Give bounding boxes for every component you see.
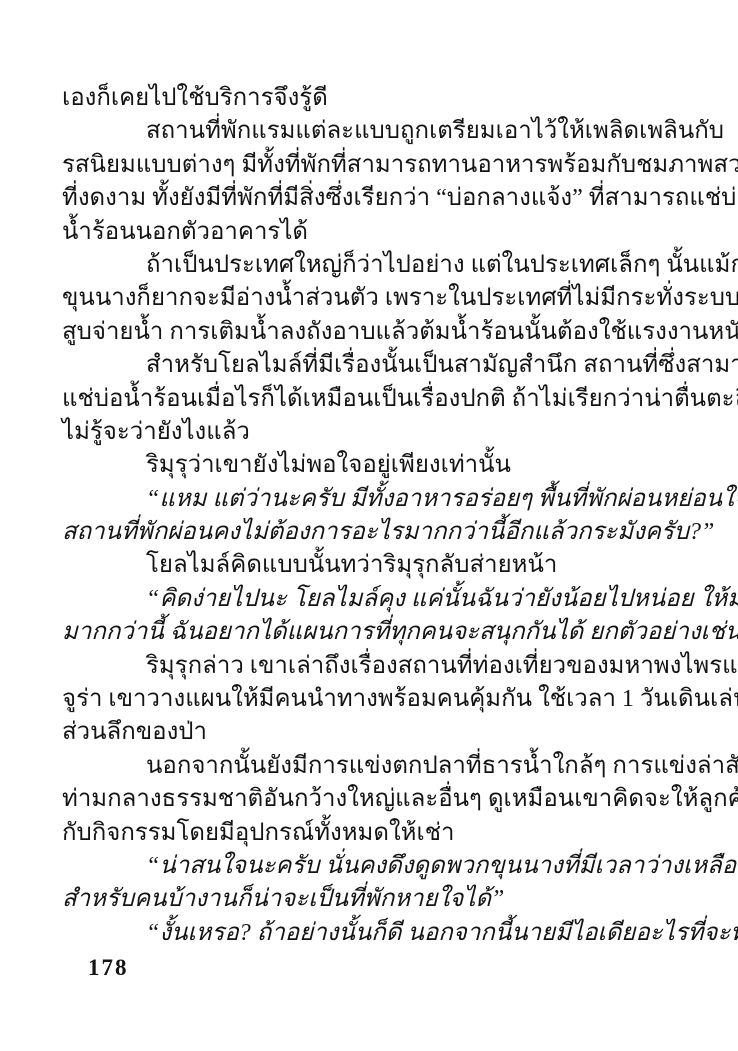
text-line: นอกจากนั้นยังมีการแข่งตกปลาที่ธารน้ำใกล้… [62,750,682,783]
page-number: 178 [88,955,129,981]
text-line: น้ำร้อนนอกตัวอาคารได้ [62,216,682,249]
text-line: “น่าสนใจนะครับ นั่นคงดึงดูดพวกขุนนางที่ม… [62,850,682,883]
text-line: สถานที่พักแรมแต่ละแบบถูกเตรียมเอาไว้ให้เ… [62,115,682,148]
text-line: ไม่รู้จะว่ายังไงแล้ว [62,416,682,449]
text-line: สำหรับคนบ้างานก็น่าจะเป็นที่พักหายใจได้” [62,883,682,916]
text-line: กับกิจกรรมโดยมีอุปกรณ์ทั้งหมดให้เช่า [62,817,682,850]
text-line: ขุนนางก็ยากจะมีอ่างน้ำส่วนตัว เพราะในประ… [62,282,682,315]
text-line: ส่วนลึกของป่า [62,716,682,749]
text-line: “แหม แต่ว่านะครับ มีทั้งอาหารอร่อยๆ พื้น… [62,483,682,516]
text-line: สถานที่พักผ่อนคงไม่ต้องการอะไรมากกว่านี้… [62,516,682,549]
text-block: เองก็เคยไปใช้บริการจึงรู้ดีสถานที่พักแรม… [62,82,682,950]
text-line: สำหรับโยลไมล์ที่มีเรื่องนั้นเป็นสามัญสำน… [62,349,682,382]
text-line: ท่ามกลางธรรมชาติอันกว้างใหญ่และอื่นๆ ดูเ… [62,783,682,816]
text-line: ริมุรุกล่าว เขาเล่าถึงเรื่องสถานที่ท่องเ… [62,650,682,683]
text-line: แช่บ่อน้ำร้อนเมื่อไรก็ได้เหมือนเป็นเรื่อ… [62,383,682,416]
text-line: ที่งดงาม ทั้งยังมีที่พักที่มีสิ่งซึ่งเรี… [62,182,682,215]
text-line: ถ้าเป็นประเทศใหญ่ก็ว่าไปอย่าง แต่ในประเท… [62,249,682,282]
text-line: “งั้นเหรอ? ถ้าอย่างนั้นก็ดี นอกจากนี้นาย… [62,917,682,950]
text-line: สูบจ่ายน้ำ การเติมน้ำลงถังอาบแล้วต้มน้ำร… [62,316,682,349]
text-line: ริมุรุว่าเขายังไม่พอใจอยู่เพียงเท่านั้น [62,449,682,482]
text-line: จูร่า เขาวางแผนให้มีคนนำทางพร้อมคนคุ้มกั… [62,683,682,716]
book-page: เองก็เคยไปใช้บริการจึงรู้ดีสถานที่พักแรม… [0,0,738,1051]
text-line: รสนิยมแบบต่างๆ มีทั้งที่พักที่สามารถทานอ… [62,149,682,182]
text-line: “คิดง่ายไปนะ โยลไมล์คุง แค่นั้นฉันว่ายัง… [62,583,682,616]
text-line: มากกว่านี้ ฉันอยากได้แผนการที่ทุกคนจะสนุ… [62,616,682,649]
text-line: โยลไมล์คิดแบบนั้นทว่าริมุรุกลับส่ายหน้า [62,549,682,582]
text-line: เองก็เคยไปใช้บริการจึงรู้ดี [62,82,682,115]
